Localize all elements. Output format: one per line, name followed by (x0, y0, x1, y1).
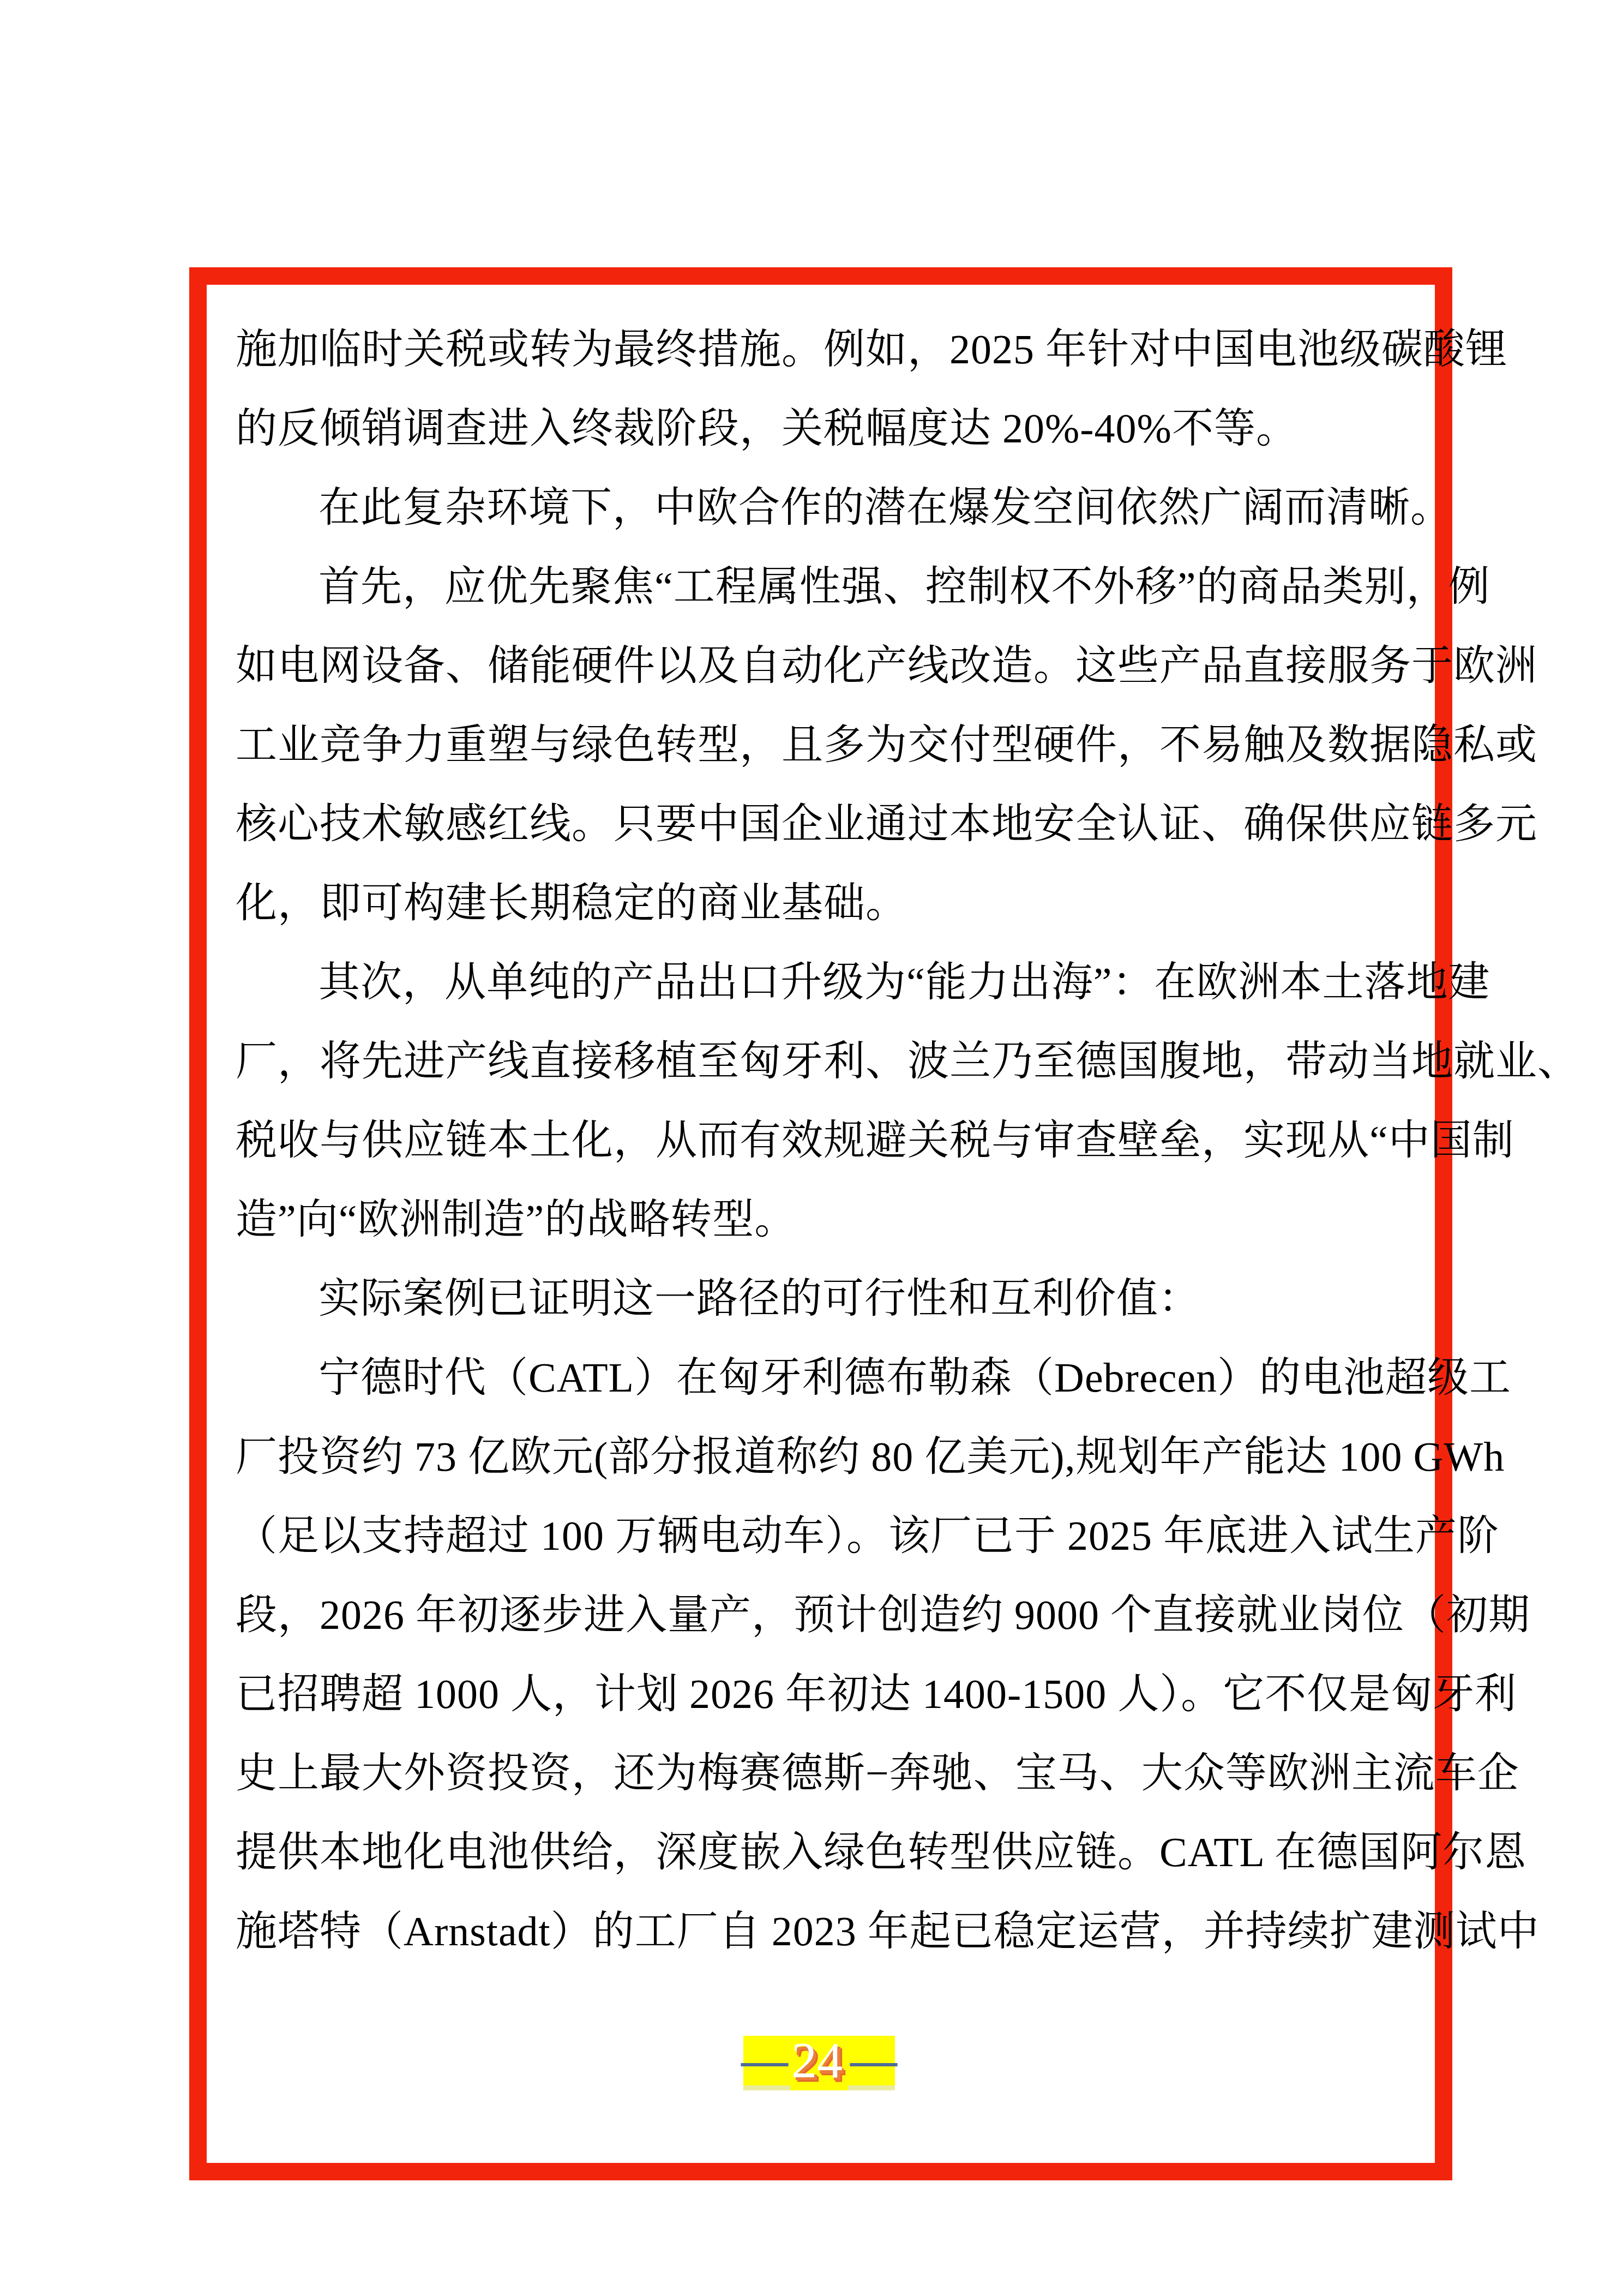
text-line: 核心技术敏感红线。只要中国企业通过本地安全认证、确保供应链多元 (236, 785, 1424, 864)
text-line: 段，2026 年初逐步进入量产，预计创造约 9000 个直接就业岗位（初期 (236, 1576, 1424, 1655)
page-number: 24 24 (794, 2037, 845, 2089)
red-page-border-frame: 施加临时关税或转为最终措施。例如，2025 年针对中国电池级碳酸锂 的反倾销调查… (189, 267, 1452, 2180)
text-line: 的反倾销调查进入终裁阶段，关税幅度达 20%-40%不等。 (236, 389, 1424, 469)
text-line: 史上最大外资投资，还为梅赛德斯−奔驰、宝马、大众等欧洲主流车企 (236, 1734, 1424, 1813)
text-line: 提供本地化电池供给，深度嵌入绿色转型供应链。CATL 在德国阿尔恩 (236, 1813, 1424, 1892)
body-text-block: 施加临时关税或转为最终措施。例如，2025 年针对中国电池级碳酸锂 的反倾销调查… (236, 310, 1424, 1971)
text-line: 实际案例已证明这一路径的可行性和互利价值： (236, 1260, 1424, 1339)
text-line: （足以支持超过 100 万辆电动车）。该厂已于 2025 年底进入试生产阶 (236, 1497, 1424, 1576)
document-page: 施加临时关税或转为最终措施。例如，2025 年针对中国电池级碳酸锂 的反倾销调查… (0, 0, 1623, 2296)
text-line: 化，即可构建长期稳定的商业基础。 (236, 864, 1424, 943)
page-number-footer: — 24 24 — (743, 2036, 895, 2090)
text-line: 宁德时代（CATL）在匈牙利德布勒森（Debrecen）的电池超级工 (236, 1339, 1424, 1418)
text-line: 施塔特（Arnstadt）的工厂自 2023 年起已稳定运营，并持续扩建测试中 (236, 1892, 1424, 1971)
footer-underline-strip-right (848, 2085, 895, 2090)
text-line: 厂投资约 73 亿欧元(部分报道称约 80 亿美元),规划年产能达 100 GW… (236, 1418, 1424, 1497)
text-line: 税收与供应链本土化，从而有效规避关税与审查壁垒，实现从“中国制 (236, 1101, 1424, 1180)
text-line: 在此复杂环境下，中欧合作的潜在爆发空间依然广阔而清晰。 (236, 469, 1424, 548)
text-line: 如电网设备、储能硬件以及自动化产线改造。这些产品直接服务于欧洲 (236, 627, 1424, 706)
footer-right-dash: — (850, 2036, 897, 2083)
text-line: 厂，将先进产线直接移植至匈牙利、波兰乃至德国腹地，带动当地就业、 (236, 1022, 1424, 1101)
page-number-fill: 24 (794, 2035, 845, 2091)
text-line: 首先，应优先聚焦“工程属性强、控制权不外移”的商品类别，例 (236, 548, 1424, 627)
text-line: 工业竞争力重塑与绿色转型，且多为交付型硬件，不易触及数据隐私或 (236, 706, 1424, 785)
text-line: 其次，从单纯的产品出口升级为“能力出海”：在欧洲本土落地建 (236, 943, 1424, 1022)
text-line: 造”向“欧洲制造”的战略转型。 (236, 1180, 1424, 1260)
footer-left-dash: — (741, 2036, 788, 2083)
text-line: 已招聘超 1000 人，计划 2026 年初达 1400-1500 人）。它不仅… (236, 1655, 1424, 1734)
text-line: 施加临时关税或转为最终措施。例如，2025 年针对中国电池级碳酸锂 (236, 310, 1424, 389)
footer-underline-strip-left (743, 2085, 790, 2090)
